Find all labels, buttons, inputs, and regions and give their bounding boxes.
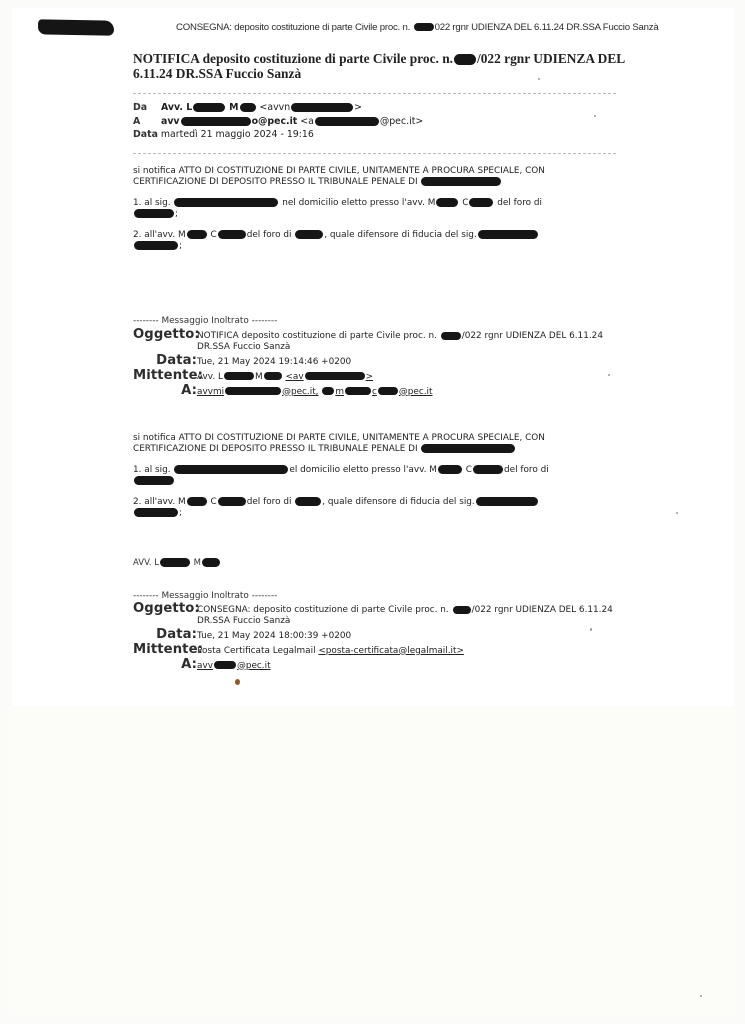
recipient-email-link[interactable]: avv@pec.it (197, 661, 271, 671)
forwarded-message-header: Oggetto: CONSEGNA: deposito costituzione… (133, 601, 613, 672)
body-item-2: 2. all'avv. M Cdel foro di , quale difen… (133, 497, 613, 520)
print-header-subject: CONSEGNA: deposito costituzione di parte… (176, 22, 659, 33)
redaction (438, 465, 462, 474)
forward-to-row: A: avvmi@pec.it, mc@pec.it (133, 383, 613, 398)
forward-subject-row: Oggetto: NOTIFICA deposito costituzione … (133, 327, 613, 353)
redaction (469, 198, 493, 207)
scan-speck (590, 628, 592, 631)
redaction (478, 230, 538, 239)
to-row: Aavvo@pec.it <a@pec.it> (133, 115, 423, 129)
redaction (295, 230, 323, 239)
redaction (181, 117, 251, 126)
scan-speck (538, 78, 540, 80)
redaction (187, 230, 207, 239)
redaction (414, 23, 434, 31)
redaction (421, 444, 515, 453)
redaction (295, 497, 321, 506)
forwarded-message-header: Oggetto: NOTIFICA deposito costituzione … (133, 327, 613, 398)
sender-email-link[interactable]: <av> (285, 372, 373, 382)
redaction (264, 372, 282, 380)
recipient-email-link-2[interactable]: mc@pec.it (321, 387, 432, 397)
redaction (473, 465, 503, 474)
body-item-1: 1. al sig. nel domicilio eletto presso l… (133, 198, 613, 221)
forward-to-row: A: avv@pec.it (133, 657, 613, 672)
scan-speck (608, 374, 610, 376)
forward-separator: -------- Messaggio Inoltrato -------- (133, 316, 277, 326)
redaction (218, 497, 246, 506)
redaction (436, 198, 458, 207)
scan-speck (700, 995, 702, 997)
scanned-page-lower (8, 706, 737, 1014)
redaction (240, 103, 256, 112)
redaction (134, 241, 178, 250)
redaction (134, 209, 174, 218)
divider (133, 153, 616, 154)
redaction (193, 103, 225, 112)
body-item-2: 2. all'avv. M Cdel foro di , quale difen… (133, 230, 613, 253)
redaction (214, 661, 236, 669)
redaction (305, 372, 365, 380)
scan-stain (235, 679, 240, 685)
message-body: si notifica ATTO DI COSTITUZIONE DI PART… (133, 166, 613, 261)
redaction (315, 117, 379, 126)
redaction (476, 497, 538, 506)
body-item-1: 1. al sig. el domicilio eletto presso l'… (133, 465, 613, 488)
forward-sender-row: Mittente: Posta Certificata Legalmail <p… (133, 642, 613, 657)
signature: AVV. L M (133, 558, 221, 568)
redaction (187, 497, 207, 506)
redaction (160, 558, 190, 567)
date-row: Data martedì 21 maggio 2024 - 19:16 (133, 128, 423, 142)
redaction (421, 177, 501, 186)
forwarded-message-body: si notifica ATTO DI COSTITUZIONE DI PART… (133, 433, 613, 528)
redaction (174, 198, 278, 207)
body-intro: si notifica ATTO DI COSTITUZIONE DI PART… (133, 433, 613, 456)
scan-speck (676, 512, 678, 514)
redaction (218, 230, 246, 239)
redaction (225, 387, 281, 395)
redacted-logo (38, 19, 114, 35)
forward-date-row: Data: Tue, 21 May 2024 19:14:46 +0200 (133, 353, 613, 368)
redaction (378, 387, 398, 395)
redaction (454, 54, 476, 65)
message-title: NOTIFICA deposito costituzione di parte … (133, 51, 633, 81)
forward-date-row: Data: Tue, 21 May 2024 18:00:39 +0200 (133, 627, 613, 642)
scan-speck (594, 115, 596, 117)
divider (133, 93, 616, 94)
redaction (134, 476, 174, 485)
message-meta: DaAvv. L M <avvn> Aavvo@pec.it <a@pec.it… (133, 101, 423, 142)
redaction (345, 387, 371, 395)
redaction (291, 103, 353, 112)
redaction (134, 508, 178, 517)
redaction (441, 332, 461, 340)
forward-sender-row: Mittente: Avv. LM <av> (133, 368, 613, 383)
redaction (224, 372, 254, 380)
redaction (453, 606, 471, 614)
body-intro: si notifica ATTO DI COSTITUZIONE DI PART… (133, 166, 613, 189)
redaction (174, 465, 288, 474)
redaction (322, 387, 334, 395)
sender-email-link[interactable]: <posta-certificata@legalmail.it> (318, 646, 464, 656)
forward-subject-row: Oggetto: CONSEGNA: deposito costituzione… (133, 601, 613, 627)
recipient-email-link[interactable]: avvmi@pec.it, (197, 387, 319, 397)
forward-separator: -------- Messaggio Inoltrato -------- (133, 591, 277, 601)
from-row: DaAvv. L M <avvn> (133, 101, 423, 115)
redaction (202, 558, 220, 567)
